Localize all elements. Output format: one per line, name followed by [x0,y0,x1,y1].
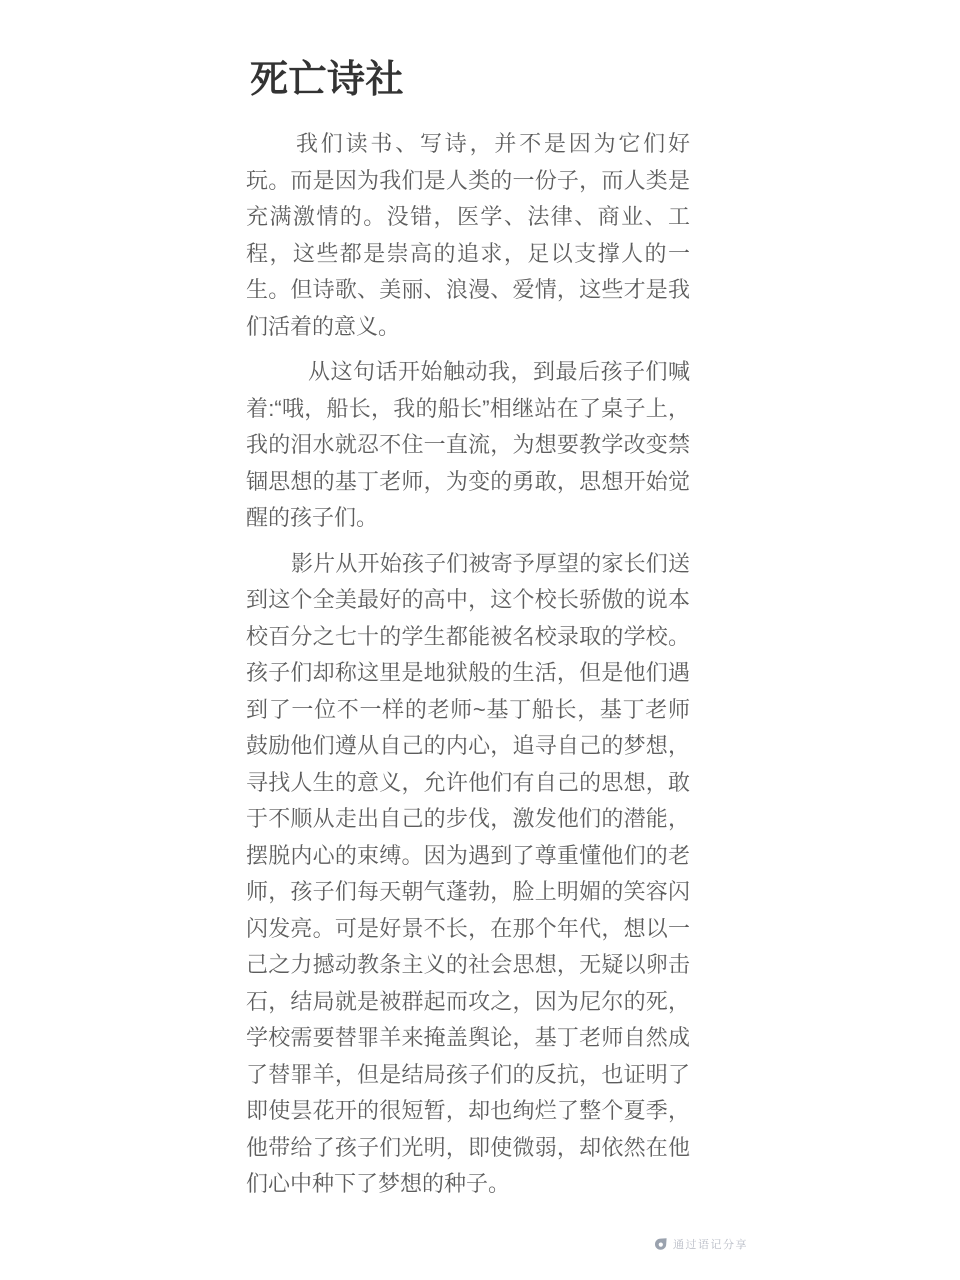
share-watermark: 通过语记分享 [654,1236,748,1252]
paragraph-reaction: 从这句话开始触动我，到最后孩子们喊着:“哦，船长，我的船长”相继站在了桌子上，我… [246,354,690,537]
page-title: 死亡诗社 [250,56,690,104]
article: 死亡诗社 我们读书、写诗，并不是因为它们好玩。而是因为我们是人类的一份子，而人类… [246,56,690,1212]
paragraph-quote: 我们读书、写诗，并不是因为它们好玩。而是因为我们是人类的一份子，而人类是充满激情… [246,126,690,345]
note-share-icon [654,1237,668,1251]
paragraph-review: 影片从开始孩子们被寄予厚望的家长们送到这个全美最好的高中，这个校长骄傲的说本校百… [246,546,690,1203]
share-label: 通过语记分享 [673,1236,748,1252]
